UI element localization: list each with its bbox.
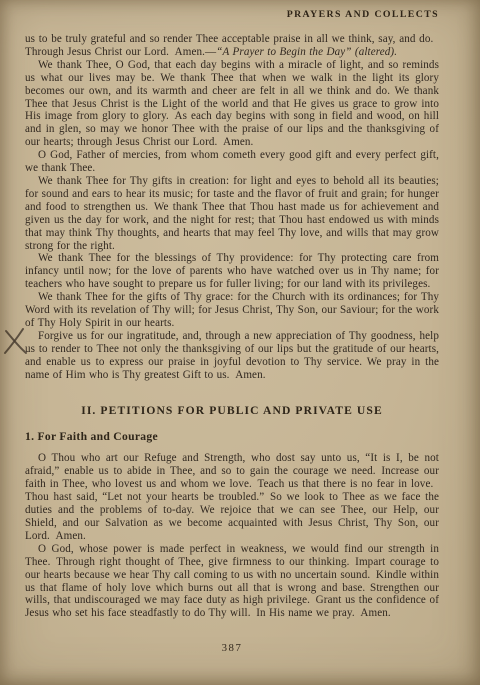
- prayer-forgiveness: Forgive us for our ingratitude, and, thr…: [25, 330, 439, 382]
- prayer-father-of-mercies: O God, Father of mercies, from whom come…: [25, 149, 439, 175]
- prayer-power-in-weakness: O God, whose power is made perfect in we…: [25, 543, 439, 620]
- subsection-heading-faith-and-courage: 1. For Faith and Courage: [25, 430, 439, 443]
- prayer-miracle-of-light: We thank Thee, O God, that each day begi…: [25, 59, 439, 149]
- prayer-blessings-of-providence: We thank Thee for the blessings of Thy p…: [25, 252, 439, 291]
- prayer-gifts-of-grace: We thank Thee for the gifts of Thy grace…: [25, 291, 439, 330]
- prayer-forgiveness-text: Forgive us for our ingratitude, and, thr…: [25, 330, 439, 381]
- page-number: 387: [25, 642, 439, 654]
- running-header: PRAYERS AND COLLECTS: [25, 9, 439, 20]
- page-content: PRAYERS AND COLLECTS us to be truly grat…: [25, 9, 439, 620]
- prayer-refuge-and-strength: O Thou who art our Refuge and Strength, …: [25, 452, 439, 542]
- prayer-attribution: “A Prayer to Begin the Day” (altered).: [216, 46, 397, 58]
- prayer-continuation: us to be truly grateful and so render Th…: [25, 33, 439, 59]
- prayer-gifts-in-creation: We thank Thee for Thy gifts in creation:…: [25, 175, 439, 252]
- book-page: PRAYERS AND COLLECTS us to be truly grat…: [0, 0, 480, 685]
- handwritten-x-mark-icon: [2, 326, 29, 357]
- section-heading-petitions: II. PETITIONS FOR PUBLIC AND PRIVATE USE: [25, 404, 439, 417]
